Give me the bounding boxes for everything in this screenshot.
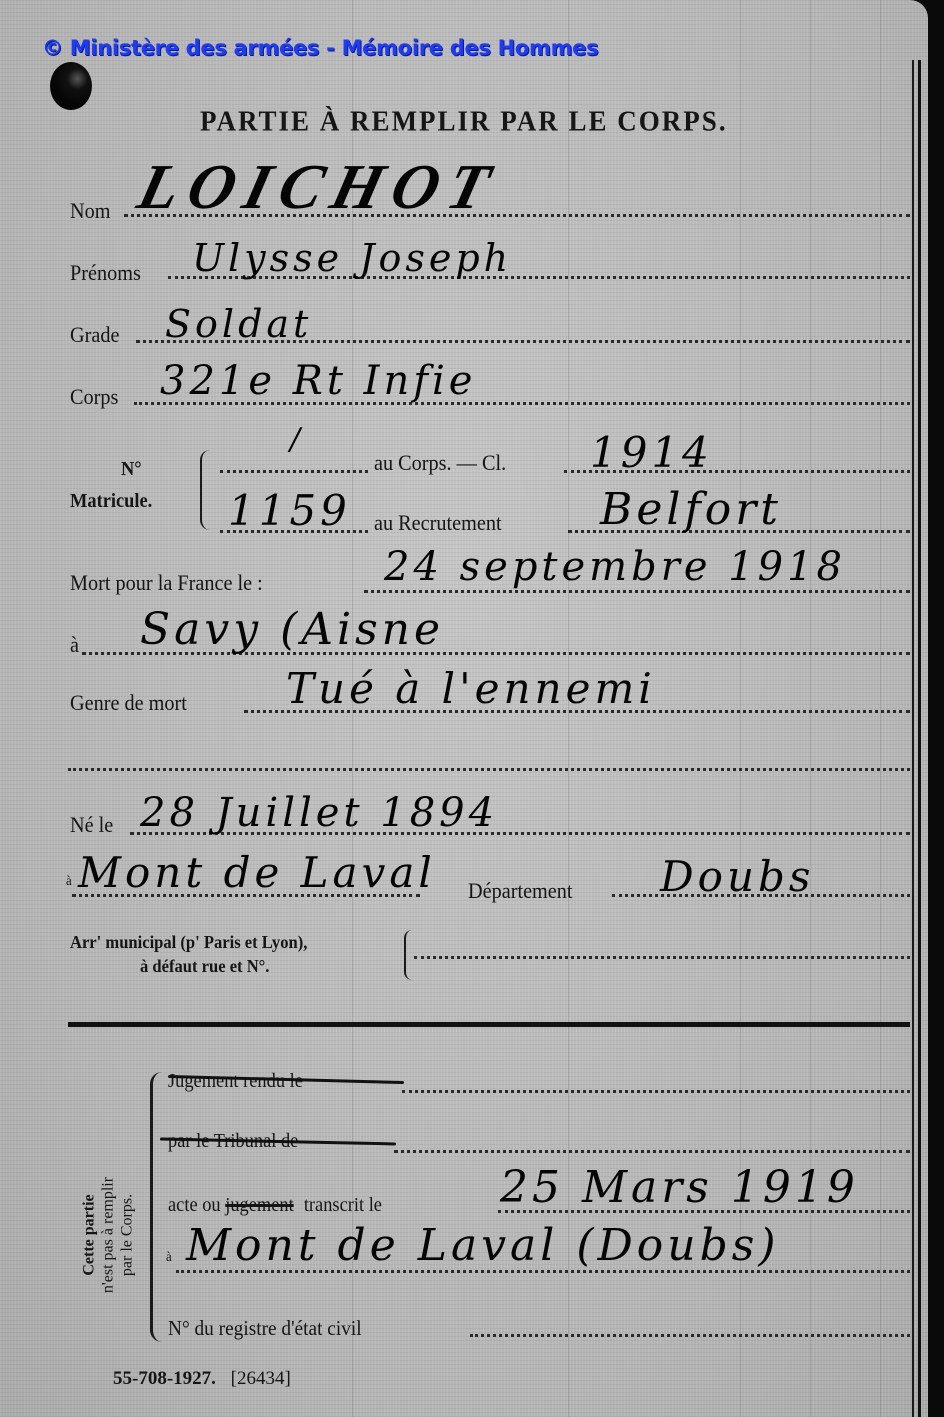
transcription-lieu-value: Mont de Laval (Doubs) — [186, 1220, 780, 1271]
transcription-lieu-label: à — [166, 1250, 172, 1266]
side-note-line-2: n'est pas à remplir — [99, 1177, 118, 1293]
lieu-naissance-value: Mont de Laval — [78, 848, 436, 897]
side-note-line-3: par le Corps. — [118, 1177, 137, 1293]
jugement-dotted-line — [402, 1090, 910, 1093]
recrutement-number-value: 1159 — [228, 486, 351, 535]
classe-value: 1914 — [590, 428, 713, 477]
grade-value: Soldat — [165, 302, 312, 346]
mort-date-dotted-line — [364, 590, 910, 593]
ne-le-label: Né le — [70, 812, 113, 838]
arrondissement-label-2: à défaut rue et N°. — [140, 956, 269, 977]
ne-le-value: 28 Juillet 1894 — [140, 790, 498, 836]
acte-value: 25 Mars 1919 — [500, 1162, 859, 1213]
departement-label: Département — [468, 878, 573, 904]
blank-dotted-line — [68, 768, 910, 771]
punch-hole — [50, 62, 92, 110]
matricule-corps-dotted-line — [220, 470, 368, 473]
lieu-naissance-label: à — [66, 874, 72, 890]
arrondissement-label: Arr' municipal (p' Paris et Lyon), — [70, 932, 307, 953]
nom-value: LOICHOT — [131, 150, 507, 224]
recrutement-value: Belfort — [600, 484, 782, 535]
matricule-brace — [200, 450, 210, 530]
recrutement-label: au Recrutement — [374, 510, 502, 536]
corps-label: Corps — [70, 384, 118, 410]
jugement-label: Jugement rendu le — [168, 1070, 303, 1093]
matricule-label-no: N° — [121, 458, 142, 481]
arrondissement-brace — [404, 930, 412, 980]
lieu-deces-value: Savy (Aisne — [140, 604, 444, 655]
card-border-inner — [912, 60, 914, 1417]
acte-label-prefix: acte ou — [168, 1194, 221, 1216]
prenoms-label: Prénoms — [70, 260, 141, 286]
form-footer: 55-708-1927. [26434] — [113, 1368, 291, 1390]
tribunal-dotted-line — [394, 1150, 910, 1153]
matricule-label: Matricule. — [70, 490, 152, 513]
corps-value: 321e Rt Infie — [160, 358, 476, 404]
print-number: [26434] — [231, 1368, 291, 1389]
section-divider — [68, 1022, 910, 1027]
form-heading: PARTIE À REMPLIR PAR LE CORPS. — [200, 105, 728, 138]
acte-label: acte ou jugement transcrit le — [168, 1194, 382, 1217]
form-code: 55-708-1927. — [113, 1368, 216, 1389]
au-corps-classe-label: au Corps. — Cl. — [374, 450, 506, 476]
nom-label: Nom — [70, 198, 110, 224]
transcription-brace — [150, 1072, 163, 1342]
genre-de-mort-label: Genre de mort — [70, 690, 187, 716]
matricule-corps-value: / — [290, 422, 304, 457]
arrondissement-dotted-line — [414, 956, 910, 959]
acte-label-struck: jugement — [225, 1194, 293, 1216]
side-note: Cette partie n'est pas à remplir par le … — [58, 1110, 158, 1360]
mort-date-value: 24 septembre 1918 — [384, 544, 846, 590]
lieu-deces-label: à — [70, 632, 79, 658]
departement-value: Doubs — [660, 852, 814, 901]
side-note-line-1: Cette partie — [80, 1177, 99, 1293]
genre-de-mort-value: Tué à l'ennemi — [286, 664, 656, 713]
registre-label: N° du registre d'état civil — [168, 1316, 362, 1341]
registre-dotted-line — [470, 1334, 910, 1337]
mort-pour-la-france-label: Mort pour la France le : — [70, 570, 263, 596]
acte-label-suffix: transcrit le — [304, 1194, 382, 1216]
prenoms-value: Ulysse Joseph — [192, 236, 512, 280]
card-border-outer — [918, 60, 921, 1417]
copyright-watermark: © Ministère des armées - Mémoire des Hom… — [42, 36, 598, 60]
grade-label: Grade — [70, 322, 119, 348]
